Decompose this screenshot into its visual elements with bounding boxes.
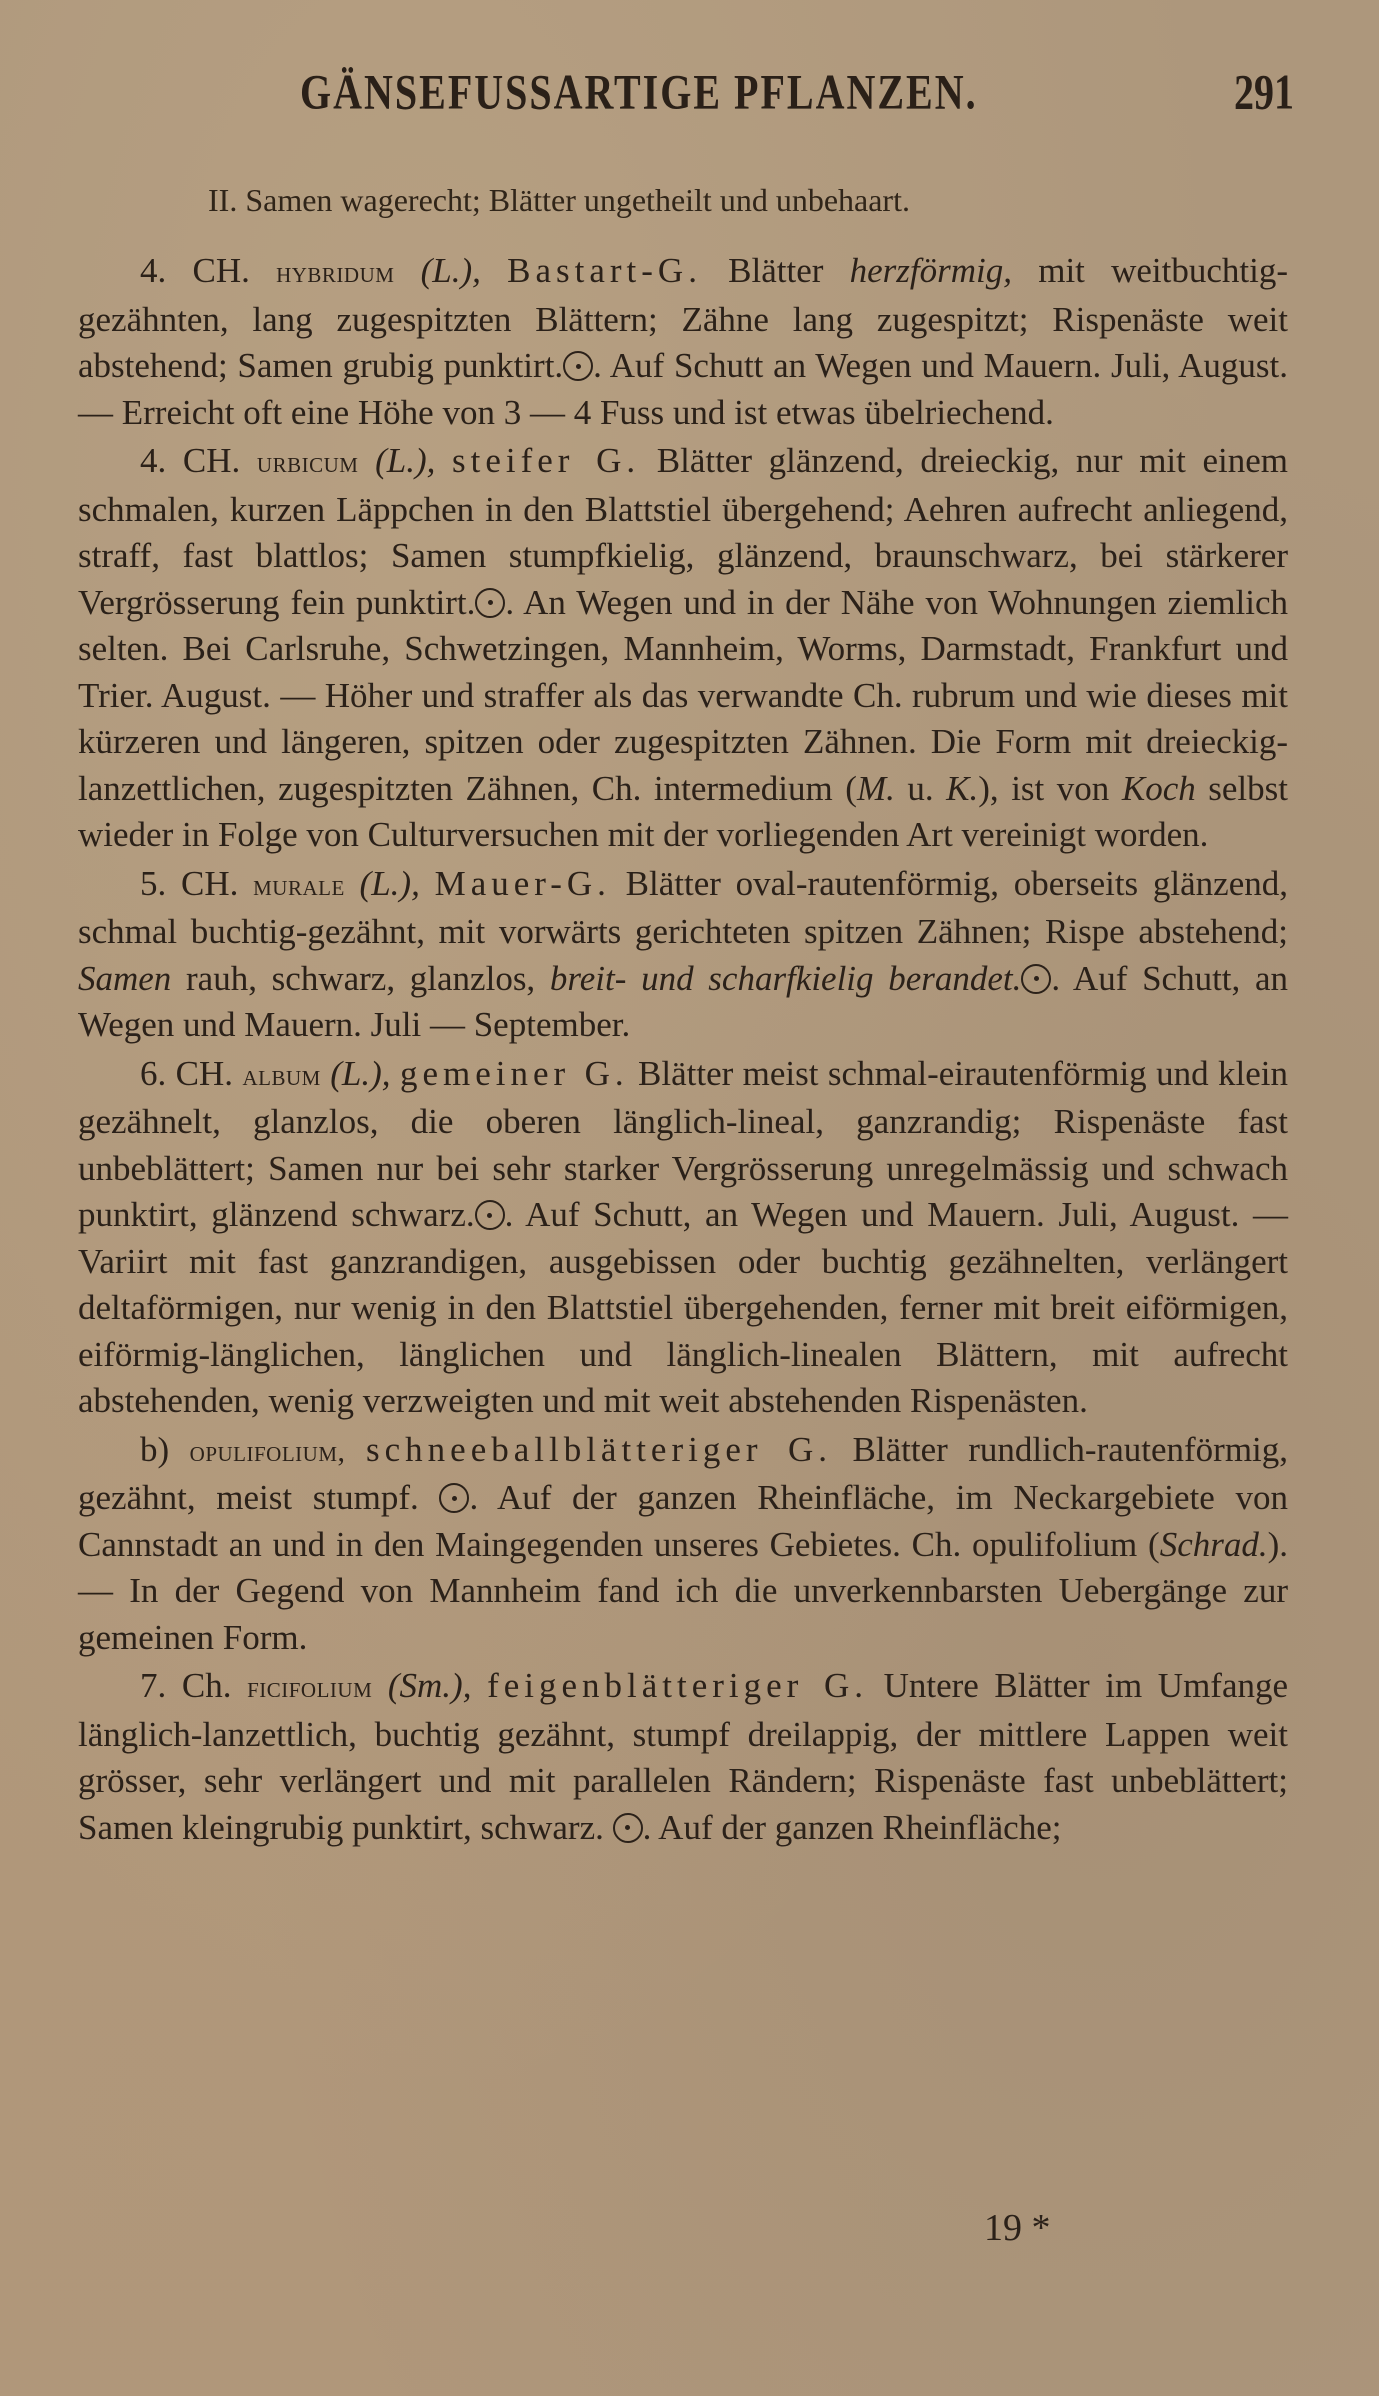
authority: (L.), [421, 251, 481, 290]
description: Blätter [728, 251, 823, 290]
running-head: GÄNSEFUSSARTIGE PFLANZEN. 291 [78, 62, 1288, 118]
author-name: Koch [1122, 769, 1196, 808]
annual-symbol-icon [613, 1813, 643, 1843]
authority: M. [857, 769, 895, 808]
entry-ficifolium: 7. Ch. ficifolium (Sm.), feigenblätterig… [78, 1663, 1288, 1851]
entry-number: 5. [140, 864, 166, 903]
entry-number: 6. [140, 1054, 166, 1093]
species-name: hybridum [276, 256, 394, 289]
common-name: steifer G. [452, 441, 640, 480]
genus: CH. [183, 441, 240, 480]
authority: (L.), [360, 864, 420, 903]
variety-label: b) [140, 1430, 169, 1469]
species-name: ficifolium [247, 1671, 372, 1704]
entry-hybridum: 4. CH. hybridum (L.), Bastart-G. Blätter… [78, 248, 1288, 436]
annual-symbol-icon [1021, 964, 1051, 994]
note: ), ist von [978, 769, 1122, 808]
section-heading: II. Samen wagerecht; Blätter ungetheilt … [208, 182, 910, 219]
description-italic: breit- und scharfkielig berandet. [550, 959, 1022, 998]
common-name: gemeiner G. [400, 1054, 629, 1093]
habitat: . Auf der ganzen Rheinfläche; [643, 1808, 1062, 1847]
entry-opulifolium: b) opulifolium, schneeballblätteriger G.… [78, 1427, 1288, 1662]
genus: CH. [181, 864, 238, 903]
authority: (L.), [330, 1054, 390, 1093]
annual-symbol-icon [475, 1200, 505, 1230]
authority: (Sm.), [388, 1666, 472, 1705]
species-name: urbicum [257, 446, 359, 479]
common-name: feigenblätteriger G. [487, 1666, 868, 1705]
genus: Ch. [182, 1666, 232, 1705]
running-title: GÄNSEFUSSARTIGE PFLANZEN. [300, 62, 978, 121]
genus: CH. [192, 251, 249, 290]
entry-murale: 5. CH. murale (L.), Mauer-G. Blätter ova… [78, 861, 1288, 1049]
common-name: Bastart-G. [507, 251, 702, 290]
entry-number: 7. [140, 1666, 166, 1705]
genus: CH. [176, 1054, 233, 1093]
body-text: 4. CH. hybridum (L.), Bastart-G. Blätter… [78, 248, 1288, 1853]
authority: (L.), [375, 441, 435, 480]
common-name: Mauer-G. [435, 864, 611, 903]
description-italic: Samen [78, 959, 171, 998]
common-name: schneeballblätteriger G. [366, 1430, 832, 1469]
species-name: album [242, 1059, 320, 1092]
annual-symbol-icon [475, 588, 505, 618]
entry-urbicum: 4. CH. urbicum (L.), steifer G. Blätter … [78, 438, 1288, 859]
description: rauh, schwarz, glanzlos, [186, 959, 535, 998]
variety-name: opulifolium, [190, 1435, 346, 1468]
authority: Schrad. [1160, 1525, 1268, 1564]
conjunction: u. [895, 769, 946, 808]
signature-mark: 19 * [984, 2206, 1051, 2250]
annual-symbol-icon [439, 1483, 469, 1513]
description-italic: herzförmig, [850, 251, 1012, 290]
entry-album: 6. CH. album (L.), gemeiner G. Blätter m… [78, 1051, 1288, 1425]
entry-number: 4. [140, 441, 166, 480]
page-number: 291 [1234, 62, 1294, 121]
entry-number: 4. [140, 251, 166, 290]
species-name: murale [253, 869, 345, 902]
annual-symbol-icon [563, 351, 593, 381]
authority: K. [946, 769, 978, 808]
